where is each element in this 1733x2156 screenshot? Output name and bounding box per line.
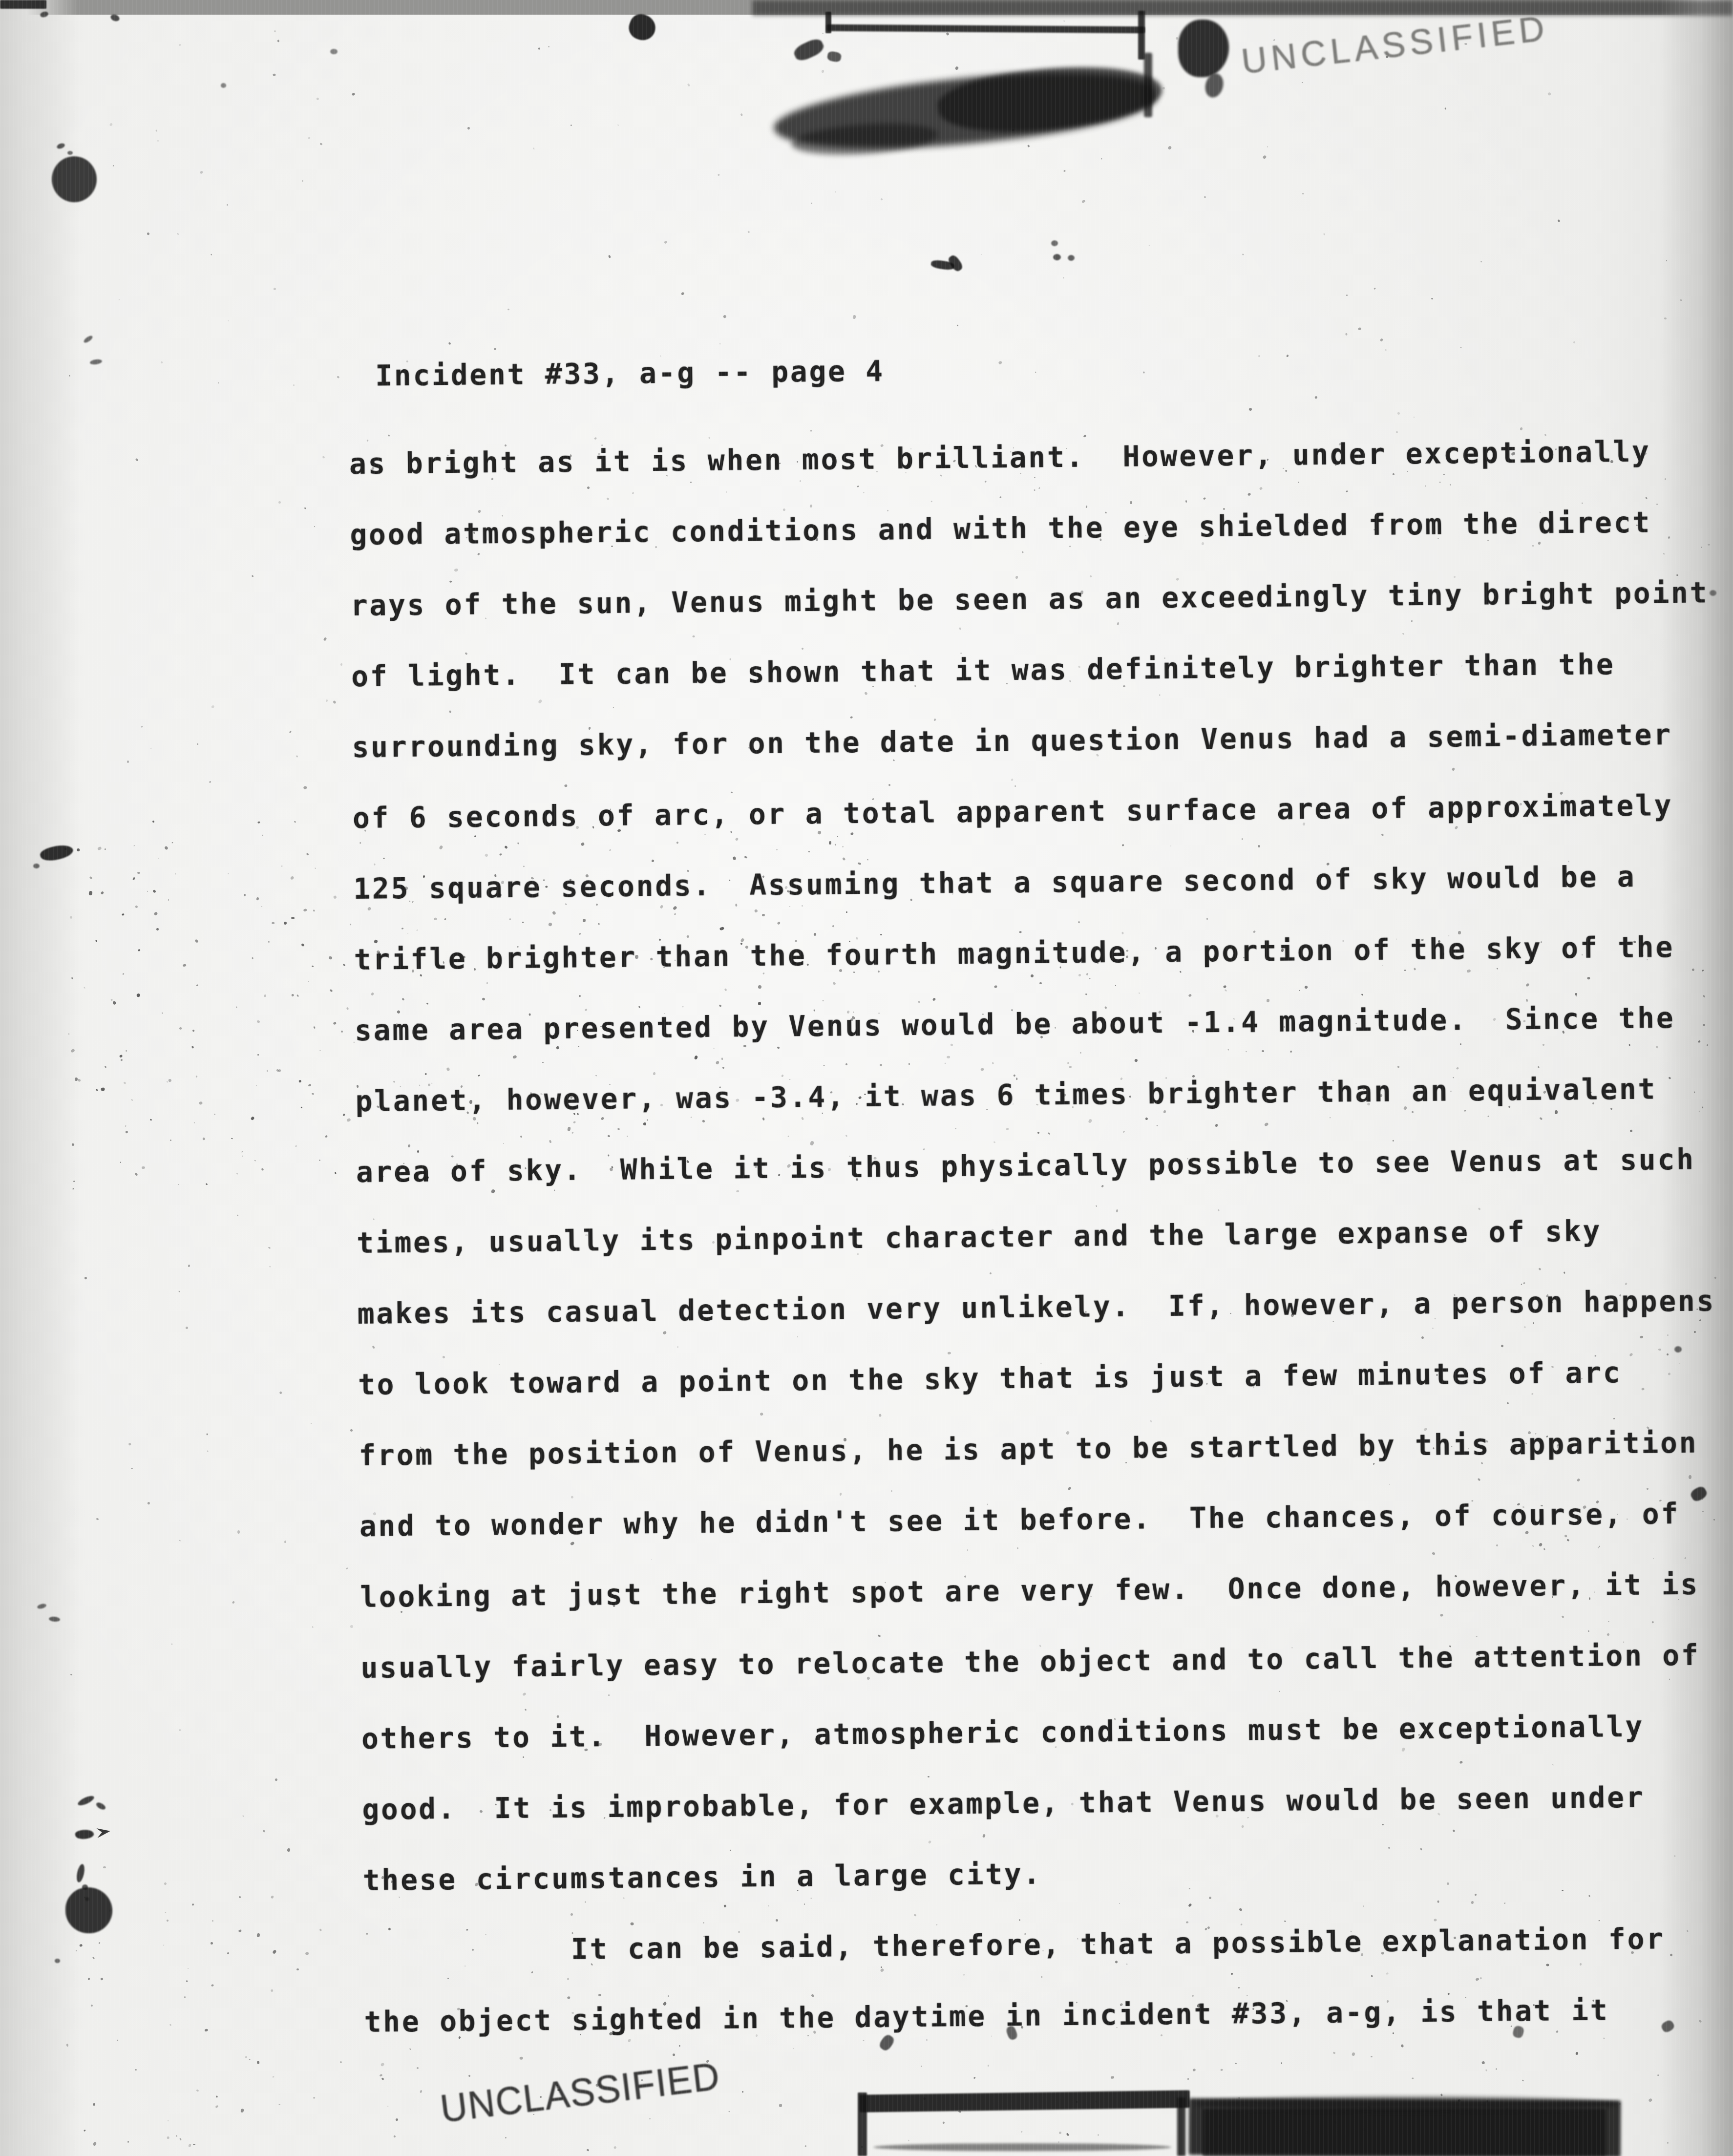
text-line: as bright as it is when most brilliant. … xyxy=(349,416,1708,500)
text-line: to look toward a point on the sky that i… xyxy=(358,1336,1716,1420)
document-page: UNCLASSIFIED Incident #33, a-g -- page 4… xyxy=(0,0,1733,2156)
text-line: trifle brighter than the fourth magnitud… xyxy=(354,911,1712,995)
text-line: and to wonder why he didn't see it befor… xyxy=(359,1478,1718,1562)
text-line: rays of the sun, Venus might be seen as … xyxy=(350,557,1709,641)
text-line: area of sky. While it is thus physically… xyxy=(356,1124,1714,1208)
text-line: It can be said, therefore, that a possib… xyxy=(363,1903,1722,1987)
text-line: makes its casual detection very unlikely… xyxy=(357,1266,1716,1350)
text-line: looking at just the right spot are very … xyxy=(360,1549,1719,1633)
text-line: from the position of Venus, he is apt to… xyxy=(359,1407,1717,1491)
text-line: good atmospheric conditions and with the… xyxy=(350,486,1709,571)
typed-text-wrap: Incident #33, a-g -- page 4 as bright as… xyxy=(0,0,1733,2156)
text-line: surrounding sky, for on the date in ques… xyxy=(352,699,1711,783)
text-line: same area presented by Venus would be ab… xyxy=(354,982,1713,1066)
text-line: of light. It can be shown that it was de… xyxy=(351,628,1710,712)
text-line: the object sighted in the daytime in inc… xyxy=(364,1974,1723,2058)
typed-body: as bright as it is when most brilliant. … xyxy=(349,416,1722,2058)
text-line: good. It is improbable, for example, tha… xyxy=(362,1761,1721,1845)
text-line: others to it. However, atmospheric condi… xyxy=(361,1691,1720,1775)
page-header-line: Incident #33, a-g -- page 4 xyxy=(375,336,885,411)
text-line: usually fairly easy to relocate the obje… xyxy=(360,1620,1719,1704)
text-line: of 6 seconds of arc, or a total apparent… xyxy=(352,770,1711,854)
text-line: these circumstances in a large city. xyxy=(362,1832,1721,1916)
text-line: 125 square seconds. Assuming that a squa… xyxy=(353,841,1712,925)
text-line: planet, however, was -3.4, it was 6 time… xyxy=(355,1053,1714,1137)
text-line: times, usually its pinpoint character an… xyxy=(357,1195,1715,1279)
